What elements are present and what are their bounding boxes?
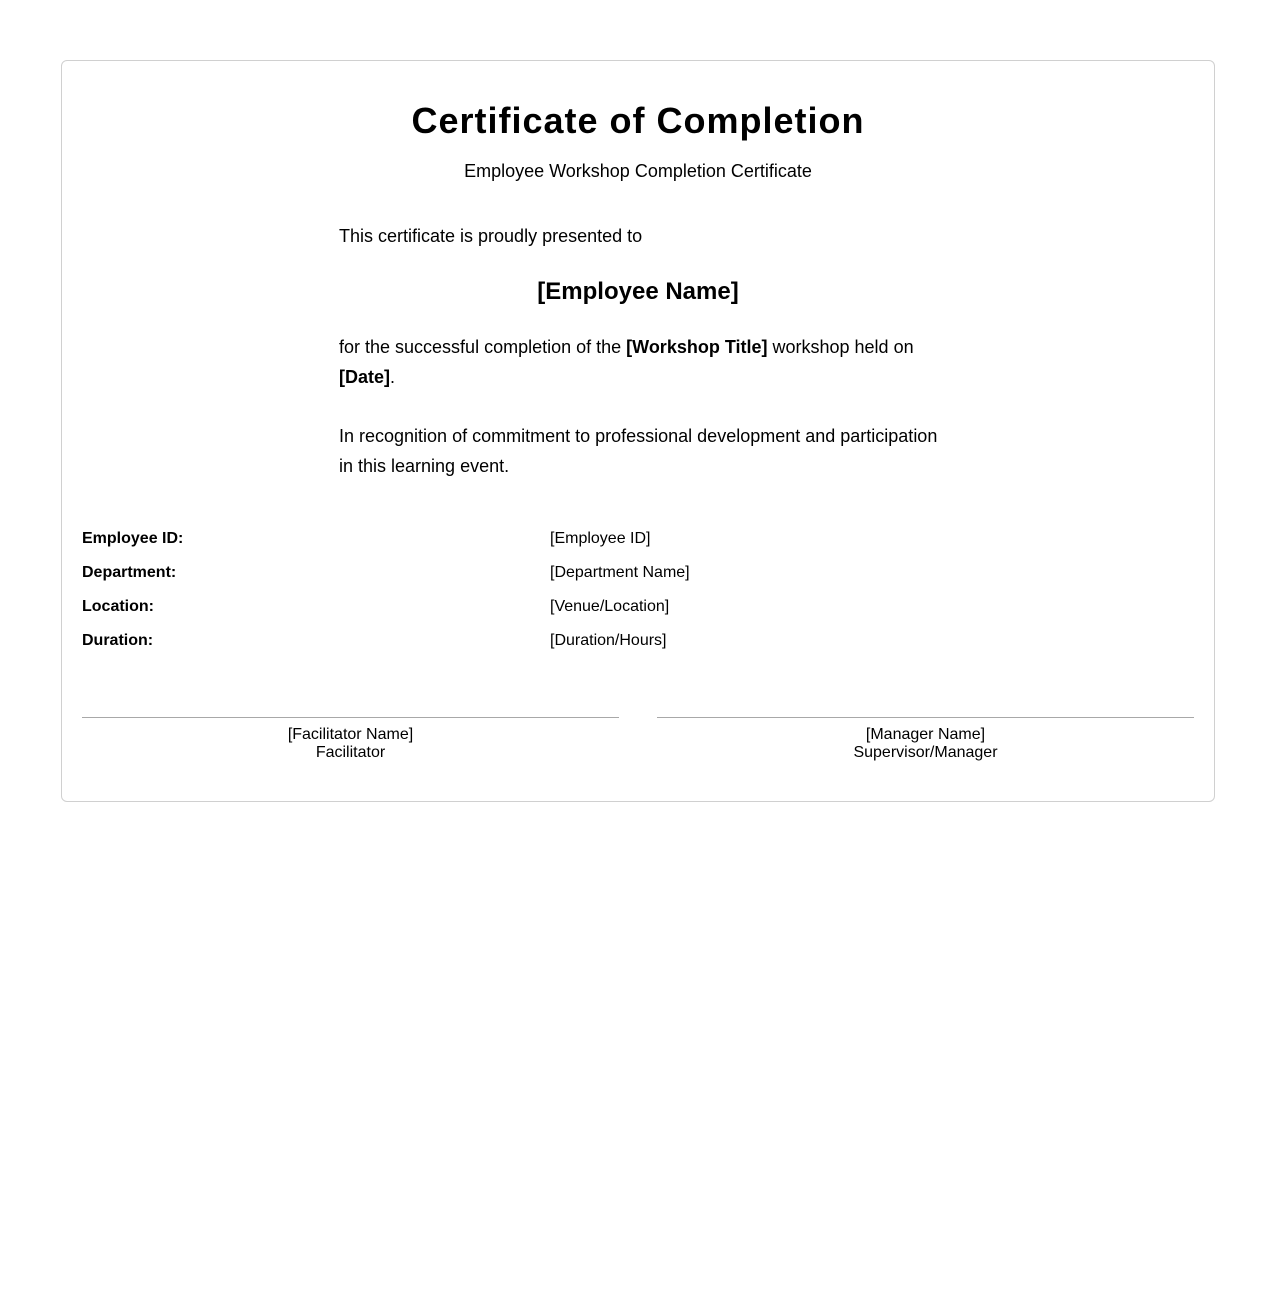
- signature-name: [Facilitator Name]: [82, 726, 619, 744]
- detail-value: [Duration/Hours]: [550, 632, 1194, 650]
- manager-signature: [Manager Name] Supervisor/Manager: [657, 717, 1194, 762]
- presentation-intro: This certificate is proudly presented to: [339, 221, 939, 251]
- completion-prefix: for the successful completion of the: [339, 337, 626, 357]
- certificate-subtitle: Employee Workshop Completion Certificate: [62, 160, 1214, 182]
- certificate-card: Certificate of Completion Employee Works…: [61, 60, 1215, 802]
- certificate-title: Certificate of Completion: [62, 99, 1214, 143]
- detail-label: Duration:: [82, 632, 550, 650]
- detail-label: Location:: [82, 598, 550, 616]
- detail-value: [Employee ID]: [550, 530, 1194, 548]
- detail-row-location: Location: [Venue/Location]: [82, 590, 1194, 624]
- recipient-name: [Employee Name]: [62, 277, 1214, 307]
- recognition-statement: In recognition of commitment to professi…: [339, 421, 939, 481]
- completion-suffix: .: [390, 367, 395, 387]
- signature-section: [Facilitator Name] Facilitator [Manager …: [82, 717, 1194, 762]
- detail-label: Department:: [82, 564, 550, 582]
- detail-value: [Department Name]: [550, 564, 1194, 582]
- facilitator-signature: [Facilitator Name] Facilitator: [82, 717, 619, 762]
- details-table: Employee ID: [Employee ID] Department: […: [82, 522, 1194, 658]
- detail-value: [Venue/Location]: [550, 598, 1194, 616]
- completion-middle: workshop held on: [768, 337, 914, 357]
- detail-row-department: Department: [Department Name]: [82, 556, 1194, 590]
- detail-label: Employee ID:: [82, 530, 550, 548]
- completion-statement: for the successful completion of the [Wo…: [339, 332, 939, 392]
- signature-name: [Manager Name]: [657, 726, 1194, 744]
- workshop-date: [Date]: [339, 367, 390, 387]
- signature-role: Facilitator: [82, 744, 619, 762]
- signature-role: Supervisor/Manager: [657, 744, 1194, 762]
- detail-row-employee-id: Employee ID: [Employee ID]: [82, 522, 1194, 556]
- detail-row-duration: Duration: [Duration/Hours]: [82, 624, 1194, 658]
- workshop-title: [Workshop Title]: [626, 337, 767, 357]
